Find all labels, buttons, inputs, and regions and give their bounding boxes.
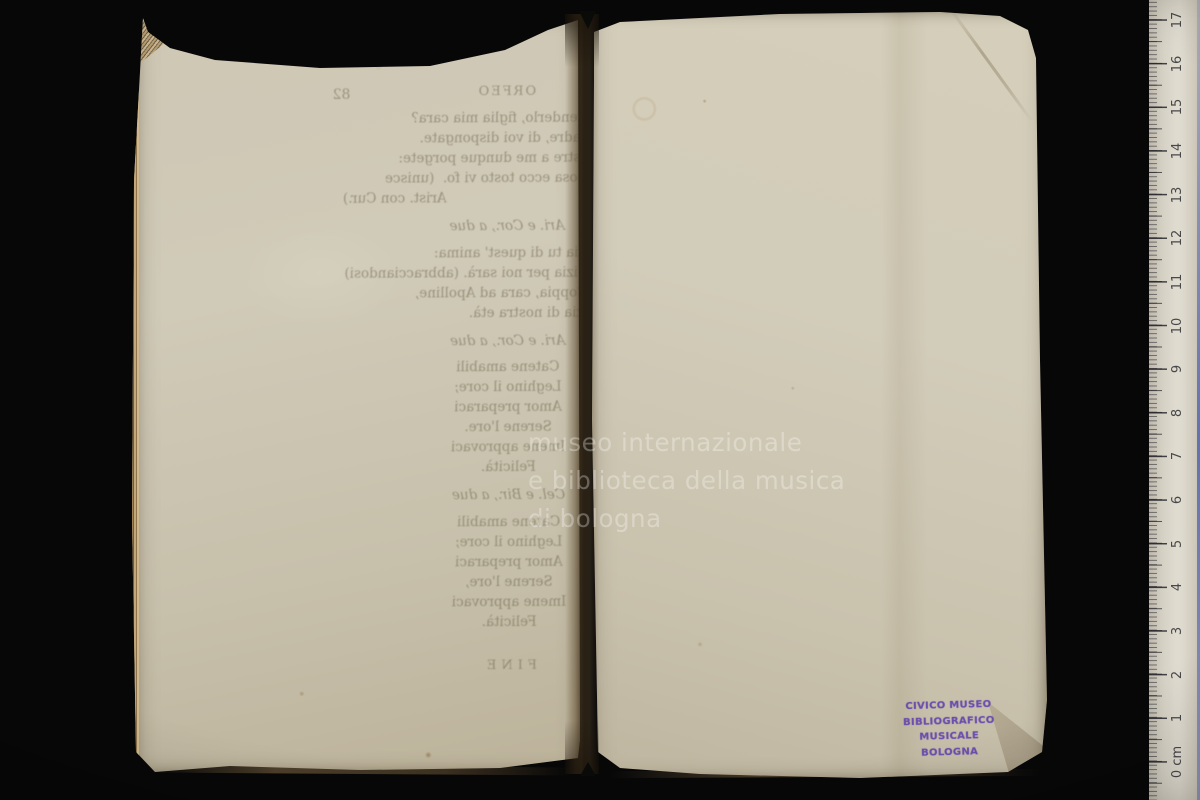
library-stamp: CIVICO MUSEO BIBLIOGRAFICO MUSICALE BOLO… [871, 696, 1027, 762]
right-page: CIVICO MUSEO BIBLIOGRAFICO MUSICALE BOLO… [584, 8, 1048, 784]
page-corner-stack [132, 14, 200, 70]
ruler-cm-label: 1 [1170, 696, 1188, 740]
ruler-cm-label: 4 [1170, 565, 1188, 609]
ruler-cm-label: 13 [1170, 173, 1188, 217]
watermark-line: museo internazionale [528, 424, 888, 462]
watermark-line: e biblioteca della musica [528, 462, 888, 500]
stamp-line: BIBLIOGRAFICO MUSICALE [872, 711, 1027, 746]
page-number: 82 [333, 85, 351, 105]
ruler-cm-label: 12 [1170, 216, 1188, 260]
left-page: 82 ORFEOD. F. Vuoi tu prenderlo, figlia … [130, 12, 582, 778]
ruler-cm-label: 0 cm [1170, 740, 1188, 784]
digitization-watermark: museo internazionale e biblioteca della … [528, 424, 888, 538]
ruler-cm-label: 7 [1170, 434, 1188, 478]
ruler-cm-label: 11 [1170, 260, 1188, 304]
book-gutter [565, 14, 599, 774]
fold-crease [948, 6, 1034, 123]
book-photograph: 82 ORFEOD. F. Vuoi tu prenderlo, figlia … [0, 0, 1200, 800]
ruler-cm-label: 2 [1170, 653, 1188, 697]
ruler-cm-label: 17 [1170, 0, 1188, 42]
measurement-ruler: 0 cm1234567891011121314151617 [1149, 0, 1200, 800]
ruler-cm-label: 10 [1170, 304, 1188, 348]
ruler-cm-label: 3 [1170, 609, 1188, 653]
ruler-cm-label: 5 [1170, 522, 1188, 566]
ruler-cm-label: 9 [1170, 347, 1188, 391]
watermark-line: di bologna [528, 500, 888, 538]
ruler-cm-label: 6 [1170, 478, 1188, 522]
stamp-line: BOLOGNA [872, 742, 1026, 762]
ruler-cm-label: 15 [1170, 85, 1188, 129]
ruler-cm-label: 14 [1170, 129, 1188, 173]
ruler-cm-label: 8 [1170, 391, 1188, 435]
ruler-cm-label: 16 [1170, 42, 1188, 86]
